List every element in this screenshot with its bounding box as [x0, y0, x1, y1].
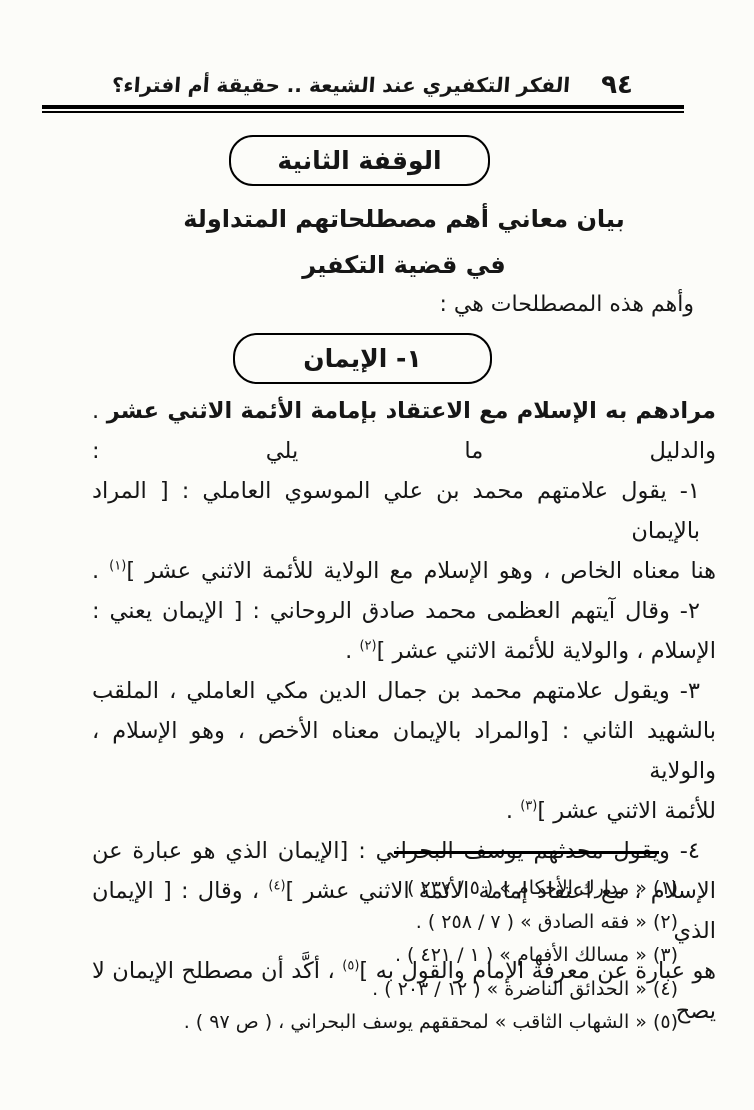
footnote-ref: (٣) [520, 799, 537, 814]
chapter-subtitle-line2: في قضية التكفير [92, 251, 716, 279]
footnote-ref: (٢) [359, 639, 376, 654]
body-line: للأئمة الاثني عشر ](٣) . [92, 791, 716, 831]
page-number: ٩٤ [587, 70, 647, 100]
header-double-rule [42, 105, 684, 113]
body-line: بالشهيد الثاني : [والمراد بالإيمان معناه… [92, 711, 716, 791]
footnote-separator-rule [394, 851, 659, 854]
header-rule-thick [42, 105, 684, 109]
section-box-second-pause: الوقفة الثانية [229, 135, 490, 186]
footnote-line: (٣) « مسالك الأفهام » ( ١ / ٤٢١ ) . [60, 939, 678, 973]
body-line: الإسلام ، والولاية للأئمة الاثني عشر ](٢… [92, 631, 716, 671]
section-box-label: ١- الإيمان [303, 344, 421, 373]
body-line: ٢- وقال آيتهم العظمى محمد صادق الروحاني … [92, 591, 716, 631]
footnotes-block: (١) « مدارك الأحكام » ( ٥ / ٢٣٧ ) .(٢) «… [60, 872, 678, 1040]
footnote-line: (٤) « الحدائق الناضرة » ( ١٢ / ٢٠٣ ) . [60, 973, 678, 1007]
lead-bold-text: مرادهم به الإسلام مع الاعتقاد بإمامة الأ… [107, 398, 716, 424]
footnote-line: (٥) « الشهاب الثاقب » لمحققهم يوسف البحر… [60, 1006, 678, 1040]
body-line: ١- يقول علامتهم محمد بن علي الموسوي العا… [92, 471, 716, 551]
intro-sentence: وأهم هذه المصطلحات هي : [92, 292, 694, 317]
footnote-line: (١) « مدارك الأحكام » ( ٥ / ٢٣٧ ) . [60, 872, 678, 906]
body-line: هنا معناه الخاص ، وهو الإسلام مع الولاية… [92, 551, 716, 591]
footnote-ref: (١) [109, 559, 126, 574]
section-box-iman: ١- الإيمان [233, 333, 492, 384]
footnote-line: (٢) « فقه الصادق » ( ٧ / ٢٥٨ ) . [60, 906, 678, 940]
body-lead-line: مرادهم به الإسلام مع الاعتقاد بإمامة الأ… [92, 391, 716, 471]
book-page: الفكر التكفيري عند الشيعة .. حقيقة أم اف… [0, 0, 754, 1110]
body-line: ٣- ويقول علامتهم محمد بن جمال الدين مكي … [92, 671, 716, 711]
section-box-label: الوقفة الثانية [277, 146, 441, 175]
chapter-subtitle-line1: بيان معاني أهم مصطلحاتهم المتداولة [92, 205, 716, 233]
header-rule-thin [42, 111, 684, 113]
book-header-title: الفكر التكفيري عند الشيعة .. حقيقة أم اف… [149, 66, 534, 104]
